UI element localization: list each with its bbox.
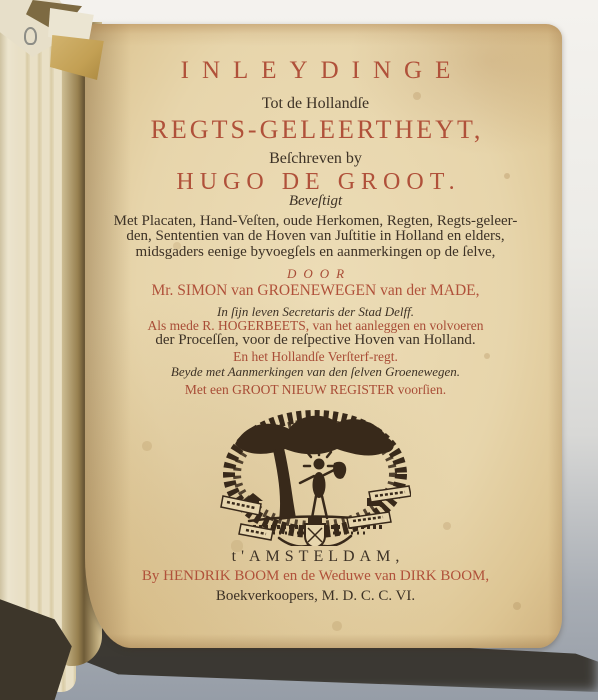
author-name: HUGO DE GROOT.: [85, 169, 546, 196]
imprint-publisher: By HENDRIK BOOM en de Weduwe van DIRK BO…: [85, 568, 546, 585]
description-line-3: midsgaders eenige byvoegſels en aanmerki…: [85, 244, 546, 261]
book-photo: { "palette": { "red_ink": "#b0513a", "bl…: [0, 0, 598, 700]
title-main: INLEYDINGE: [85, 57, 546, 85]
byline-label: Beſchreven by: [85, 150, 546, 168]
hogerbeets-line-2: der Proceſſen, voor de reſpective Hoven …: [85, 332, 546, 349]
door-label: DOOR: [85, 266, 546, 282]
description-line-2: den, Sententien van de Hoven van Juſtiti…: [85, 228, 546, 245]
imprint-city: t'AMSTELDAM,: [85, 548, 546, 566]
beyde-line: Beyde met Aanmerkingen van den ſelven Gr…: [85, 364, 546, 380]
title-second: REGTS-GELEERTHEYT,: [85, 115, 546, 145]
register-line: Met een GROOT NIEUW REGISTER voorſien.: [85, 382, 546, 398]
imprint-year: Boekverkoopers, M. D. C. C. VI.: [85, 588, 546, 605]
metal-clasp-icon: [24, 27, 37, 45]
subtitle: Tot de Hollandſe: [85, 95, 546, 113]
printers-device-woodcut-emblem: [219, 408, 411, 546]
versterf-regt-line: En het Hollandſe Verſterf-regt.: [85, 349, 546, 365]
bevestigt-line: Beveſtigt: [85, 193, 546, 210]
editor-name: Mr. SIMON van GROENEWEGEN van der MADE,: [85, 282, 546, 300]
title-page: INLEYDINGE Tot de Hollandſe REGTS-GELEER…: [85, 24, 562, 648]
